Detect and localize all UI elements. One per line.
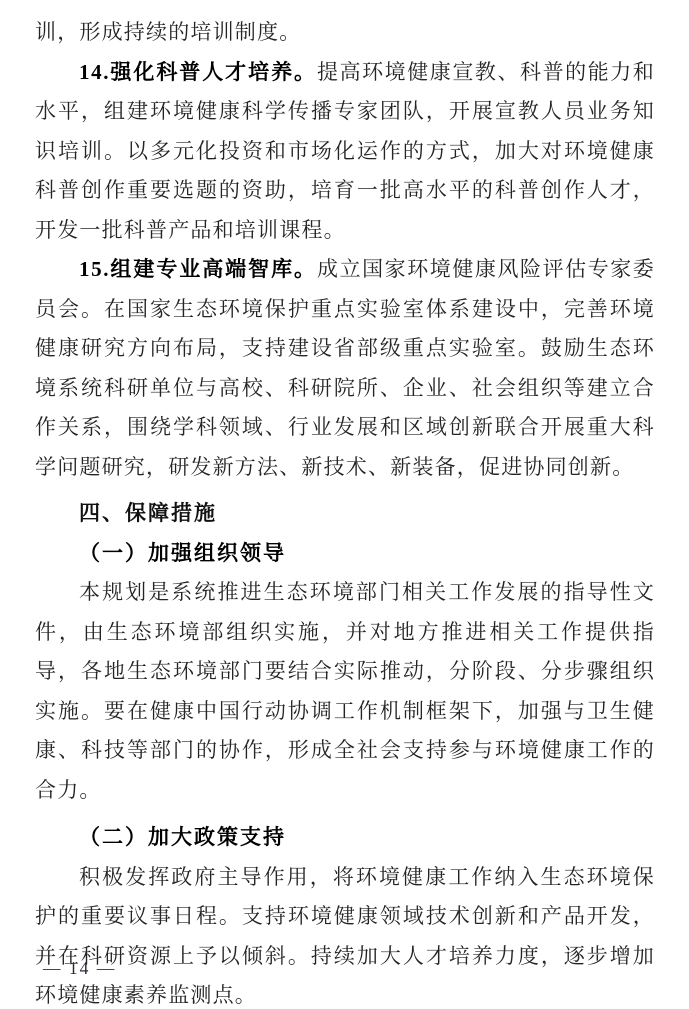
subsection-heading-org-leadership: （一）加强组织领导	[35, 534, 655, 574]
org-leadership-paragraph: 本规划是系统推进生态环境部门相关工作发展的指导性文件，由生态环境部组织实施，并对…	[35, 573, 655, 810]
numbered-item-15-text: 成立国家环境健康风险评估专家委员会。在国家生态环境保护重点实验室体系建设中，完善…	[35, 257, 655, 479]
paragraph-continuation: 训，形成持续的培训制度。	[35, 13, 655, 53]
page-number: — 14 —	[43, 958, 116, 979]
numbered-item-14-text: 提高环境健康宣教、科普的能力和水平，组建环境健康科学传播专家团队，开展宣教人员业…	[35, 60, 655, 242]
numbered-item-14-paragraph: 14.强化科普人才培养。提高环境健康宣教、科普的能力和水平，组建环境健康科学传播…	[35, 53, 655, 251]
numbered-item-15-lead: 15.组建专业高端智库。	[79, 257, 317, 281]
section-heading-safeguard-measures: 四、保障措施	[35, 494, 655, 534]
numbered-item-15-paragraph: 15.组建专业高端智库。成立国家环境健康风险评估专家委员会。在国家生态环境保护重…	[35, 250, 655, 487]
document-body: 训，形成持续的培训制度。 14.强化科普人才培养。提高环境健康宣教、科普的能力和…	[35, 13, 655, 1009]
policy-support-paragraph: 积极发挥政府主导作用，将环境健康工作纳入生态环境保护的重要议事日程。支持环境健康…	[35, 858, 655, 1009]
numbered-item-14-lead: 14.强化科普人才培养。	[79, 60, 317, 84]
subsection-heading-policy-support: （二）加大政策支持	[35, 818, 655, 858]
